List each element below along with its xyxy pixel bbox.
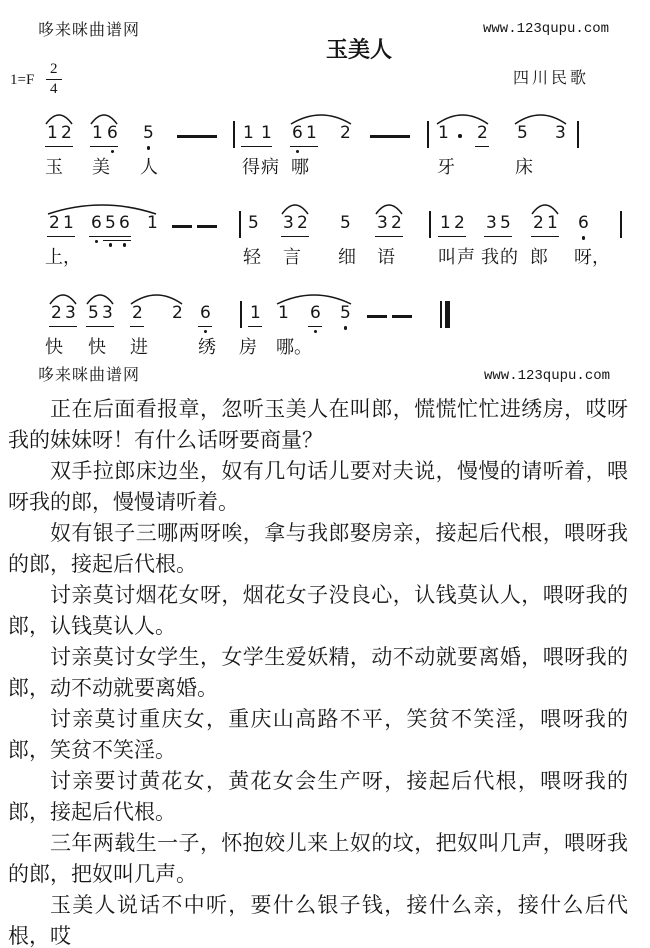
lyric-syllable: 快 xyxy=(88,337,106,357)
lyrics-paragraph: 玉美人说话不中听，要什么银子钱，接什么亲，接什么后代根，哎 xyxy=(8,890,628,948)
note-digit: 3 xyxy=(486,214,497,233)
lyrics-paragraph: 讨亲莫讨女学生，女学生爱妖精，动不动就要离婚，喂呀我的郎，动不动就要离婚。 xyxy=(8,642,628,704)
lyric-syllable: 得 xyxy=(242,157,260,177)
note-digit: 5 xyxy=(340,304,351,323)
held-note-dash xyxy=(172,225,192,228)
octave-dot xyxy=(314,330,318,334)
slur-arc xyxy=(130,292,183,305)
octave-dot xyxy=(95,240,99,244)
note-digit: 1 xyxy=(63,214,74,233)
score-canvas: 12165116121253玉美人得病哪牙床216561532532123521… xyxy=(0,0,650,392)
lyric-syllable: 我 xyxy=(481,247,499,267)
slur-arc xyxy=(281,202,309,215)
slur-arc xyxy=(436,112,489,125)
beam-underline xyxy=(90,146,118,148)
lyric-syllable: 绣 xyxy=(198,337,216,357)
held-note-dash xyxy=(392,315,412,318)
note-digit: 5 xyxy=(248,214,259,233)
barline xyxy=(233,121,235,148)
lyric-syllable: 细 xyxy=(338,247,356,267)
held-note-dash xyxy=(177,135,217,138)
lyric-syllable: 玉 xyxy=(45,157,63,177)
beam-underline xyxy=(45,146,73,148)
barline xyxy=(239,211,241,238)
lyrics-paragraph: 讨亲要讨黄花女，黄花女会生产呀，接起后代根，喂呀我的郎，接起后代根。 xyxy=(8,766,628,828)
lyric-syllable: 床 xyxy=(515,157,533,177)
note-digit: 3 xyxy=(377,214,388,233)
note-digit: 1 xyxy=(243,124,254,143)
beam-underline xyxy=(438,236,466,238)
beam-underline xyxy=(475,146,489,148)
full-lyrics-text: 正在后面看报章，忽听玉美人在叫郎，慌慌忙忙进绣房，哎呀我的妹妹呀！有什么话呀要商… xyxy=(8,394,628,948)
note-digit: 1 xyxy=(278,304,289,323)
note-digit: 2 xyxy=(61,124,72,143)
held-note-dash xyxy=(370,135,410,138)
held-note-dash xyxy=(197,225,217,228)
note-digit: 1 xyxy=(261,124,272,143)
note-digit: 6 xyxy=(292,124,303,143)
lyric-syllable: 进 xyxy=(130,337,148,357)
beam-underline xyxy=(290,146,318,148)
beam-underline xyxy=(47,236,75,238)
lyric-syllable: 哪 xyxy=(291,157,309,177)
barline xyxy=(429,211,431,238)
slur-arc xyxy=(86,292,114,305)
lyric-syllable: 呀， xyxy=(574,247,610,267)
note-digit: 2 xyxy=(477,124,488,143)
barline xyxy=(577,121,579,148)
note-digit: 5 xyxy=(105,214,116,233)
lyric-syllable: 声 xyxy=(457,247,475,267)
note-digit: 3 xyxy=(283,214,294,233)
slur-arc xyxy=(375,202,403,215)
lyric-syllable: 哪。 xyxy=(276,337,312,357)
beam-underline xyxy=(49,326,77,328)
note-digit: 2 xyxy=(172,304,183,323)
note-digit: 2 xyxy=(297,214,308,233)
note-digit: 1 xyxy=(47,124,58,143)
beam-underline xyxy=(375,236,403,238)
octave-dot xyxy=(147,146,151,150)
lyric-syllable: 轻 xyxy=(243,247,261,267)
lyric-syllable: 言 xyxy=(283,247,301,267)
lyrics-paragraph: 奴有银子三哪两呀唉，拿与我郎娶房亲，接起后代根，喂呀我的郎，接起后代根。 xyxy=(8,518,628,580)
note-digit: 5 xyxy=(500,214,511,233)
lyric-syllable: 房 xyxy=(239,337,257,357)
barline xyxy=(427,121,429,148)
beam-underline xyxy=(103,240,131,242)
beam-underline xyxy=(130,326,144,328)
note-digit: 1 xyxy=(438,124,449,143)
sheet-music-page: 哆来咪曲谱网 www.123qupu.com 玉美人 四川民歌 1=F 2 4 … xyxy=(0,0,650,948)
note-digit: 5 xyxy=(143,124,154,143)
lyric-syllable: 的 xyxy=(500,247,518,267)
note-digit: 3 xyxy=(555,124,566,143)
note-digit: 2 xyxy=(454,214,465,233)
slur-arc xyxy=(90,112,118,125)
note-digit: 2 xyxy=(533,214,544,233)
site-url-bottom: www.123qupu.com xyxy=(484,368,610,384)
beam-underline xyxy=(241,146,272,148)
lyric-syllable: 上， xyxy=(45,247,81,267)
octave-dot xyxy=(123,243,127,247)
lyric-syllable: 牙 xyxy=(437,157,455,177)
lyric-syllable: 快 xyxy=(45,337,63,357)
octave-dot xyxy=(111,150,115,154)
augmentation-dot xyxy=(458,134,462,138)
note-digit: 6 xyxy=(119,214,130,233)
note-digit: 6 xyxy=(310,304,321,323)
note-digit: 5 xyxy=(88,304,99,323)
note-digit: 6 xyxy=(91,214,102,233)
note-digit: 1 xyxy=(440,214,451,233)
note-digit: 6 xyxy=(200,304,211,323)
beam-underline xyxy=(281,236,309,238)
lyric-syllable: 叫 xyxy=(438,247,456,267)
lyrics-paragraph: 讨亲莫讨重庆女，重庆山高路不平，笑贫不笑淫，喂呀我的郎，笑贫不笑淫。 xyxy=(8,704,628,766)
slur-arc xyxy=(47,202,157,215)
note-digit: 2 xyxy=(51,304,62,323)
octave-dot xyxy=(109,243,113,247)
note-digit: 5 xyxy=(340,214,351,233)
note-digit: 3 xyxy=(102,304,113,323)
lyric-syllable: 语 xyxy=(377,247,395,267)
beam-underline xyxy=(248,326,262,328)
note-digit: 1 xyxy=(147,214,158,233)
site-name-bottom: 哆来咪曲谱网 xyxy=(38,362,140,385)
beam-underline xyxy=(89,236,131,238)
note-digit: 2 xyxy=(340,124,351,143)
note-digit: 3 xyxy=(65,304,76,323)
beam-underline xyxy=(86,326,114,328)
final-barline-thin xyxy=(440,301,442,328)
lyrics-paragraph: 三年两载生一子，怀抱姣儿来上奴的坟，把奴叫几声，喂呀我的郎，把奴叫几声。 xyxy=(8,828,628,890)
lyrics-paragraph: 双手拉郎床边坐，奴有几句话儿要对夫说，慢慢的请听着，喂呀我的郎，慢慢请听着。 xyxy=(8,456,628,518)
barline xyxy=(240,301,242,328)
note-digit: 1 xyxy=(306,124,317,143)
note-digit: 2 xyxy=(49,214,60,233)
note-digit: 2 xyxy=(391,214,402,233)
slur-arc xyxy=(290,112,352,125)
slur-arc xyxy=(276,292,352,305)
lyrics-paragraph: 讨亲莫讨烟花女呀，烟花女子没良心，认钱莫认人，喂呀我的郎，认钱莫认人。 xyxy=(8,580,628,642)
lyric-syllable: 郎 xyxy=(530,247,548,267)
octave-dot xyxy=(204,330,208,334)
note-digit: 5 xyxy=(517,124,528,143)
note-digit: 6 xyxy=(578,214,589,233)
beam-underline xyxy=(484,236,512,238)
slur-arc xyxy=(531,202,559,215)
beam-underline xyxy=(198,326,212,328)
octave-dot xyxy=(344,326,348,330)
lyric-syllable: 美 xyxy=(92,157,110,177)
held-note-dash xyxy=(367,315,387,318)
note-digit: 1 xyxy=(92,124,103,143)
octave-dot xyxy=(582,236,586,240)
note-digit: 1 xyxy=(547,214,558,233)
slur-arc xyxy=(45,112,73,125)
slur-arc xyxy=(49,292,77,305)
slur-arc xyxy=(514,112,567,125)
note-digit: 1 xyxy=(250,304,261,323)
beam-underline xyxy=(308,326,322,328)
note-digit: 6 xyxy=(107,124,118,143)
lyrics-paragraph: 正在后面看报章，忽听玉美人在叫郎，慌慌忙忙进绣房，哎呀我的妹妹呀！有什么话呀要商… xyxy=(8,394,628,456)
lyric-syllable: 病 xyxy=(261,157,279,177)
beam-underline xyxy=(531,236,559,238)
octave-dot xyxy=(296,150,300,154)
lyric-syllable: 人 xyxy=(140,157,158,177)
note-digit: 2 xyxy=(132,304,143,323)
final-barline-thick xyxy=(445,301,450,328)
barline xyxy=(620,211,622,238)
